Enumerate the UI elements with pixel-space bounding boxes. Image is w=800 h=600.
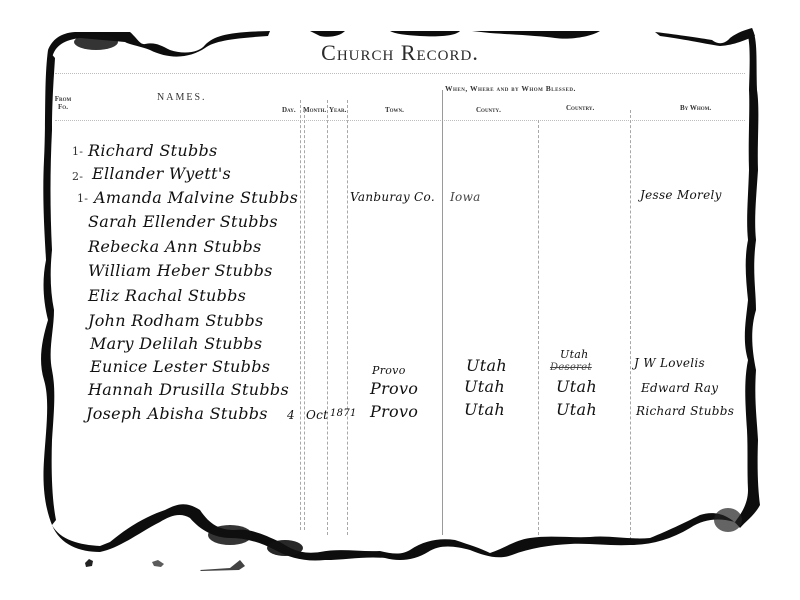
row-12-month: Oct [306,408,328,422]
header-from-fo: From Fo. [52,95,74,111]
row-6-name: William Heber Stubbs [88,261,273,280]
row-1-number: 1- [72,145,83,158]
row-1-name: Richard Stubbs [88,141,218,160]
row-12-town: Provo [370,402,418,421]
divider-month-year [327,100,328,535]
divider-town-county [442,90,443,535]
header-month: Month. [303,106,326,114]
row-3-by-whom: Jesse Morely [640,188,722,202]
page-title: Church Record. [0,40,800,66]
header-town: Town. [385,106,404,114]
header-names: NAMES. [157,92,207,103]
row-3-name: Amanda Malvine Stubbs [94,188,298,207]
row-2-name: Ellander Wyett's [92,164,231,183]
header-when-where-whom: When, Where and by Whom Blessed. [445,84,576,93]
header-country: Country. [566,104,594,112]
row-11-town: Provo [370,379,418,398]
header-county: County. [476,106,501,114]
header-year: Year. [329,106,346,114]
row-10-town: Provo [372,364,406,377]
row-10-by-whom: J W Lovelis [634,356,705,370]
header-bottom-rule [55,120,745,121]
divider-year-town [347,100,348,535]
row-12-by-whom: Richard Stubbs [636,404,734,418]
row-9-name: Mary Delilah Stubbs [90,334,262,353]
row-12-county: Utah [464,400,505,419]
row-11-name: Hannah Drusilla Stubbs [88,380,289,399]
divider-names-day [300,100,301,530]
divider-county-country [538,120,539,540]
row-3-number: 1- [77,192,88,205]
row-12-country: Utah [556,400,597,419]
row-10-country: Utah [560,348,589,361]
divider-day-month [304,110,305,530]
header-top-rule [55,73,745,74]
row-5-name: Rebecka Ann Stubbs [88,237,262,256]
row-12-name: Joseph Abisha Stubbs [86,404,268,423]
row-12-year: 1871 [330,408,357,419]
row-8-name: John Rodham Stubbs [88,311,264,330]
row-10-country-struck: Deseret [550,362,592,373]
row-10-county: Utah [466,356,507,375]
row-11-by-whom: Edward Ray [641,381,718,395]
row-4-name: Sarah Ellender Stubbs [88,212,278,231]
row-11-county: Utah [464,377,505,396]
row-2-number: 2- [72,170,83,183]
church-record-page: Church Record. From Fo. NAMES. Day. Mont… [0,0,800,600]
row-7-name: Eliz Rachal Stubbs [88,286,246,305]
row-3-county: Iowa [450,190,481,204]
row-12-day: 4 [287,408,295,422]
header-by-whom: By Whom. [680,104,711,112]
header-day: Day. [282,106,296,114]
row-3-town: Vanburay Co. [350,190,435,204]
row-11-country: Utah [556,377,597,396]
divider-country-bywhom [630,110,631,540]
row-10-name: Eunice Lester Stubbs [90,357,270,376]
